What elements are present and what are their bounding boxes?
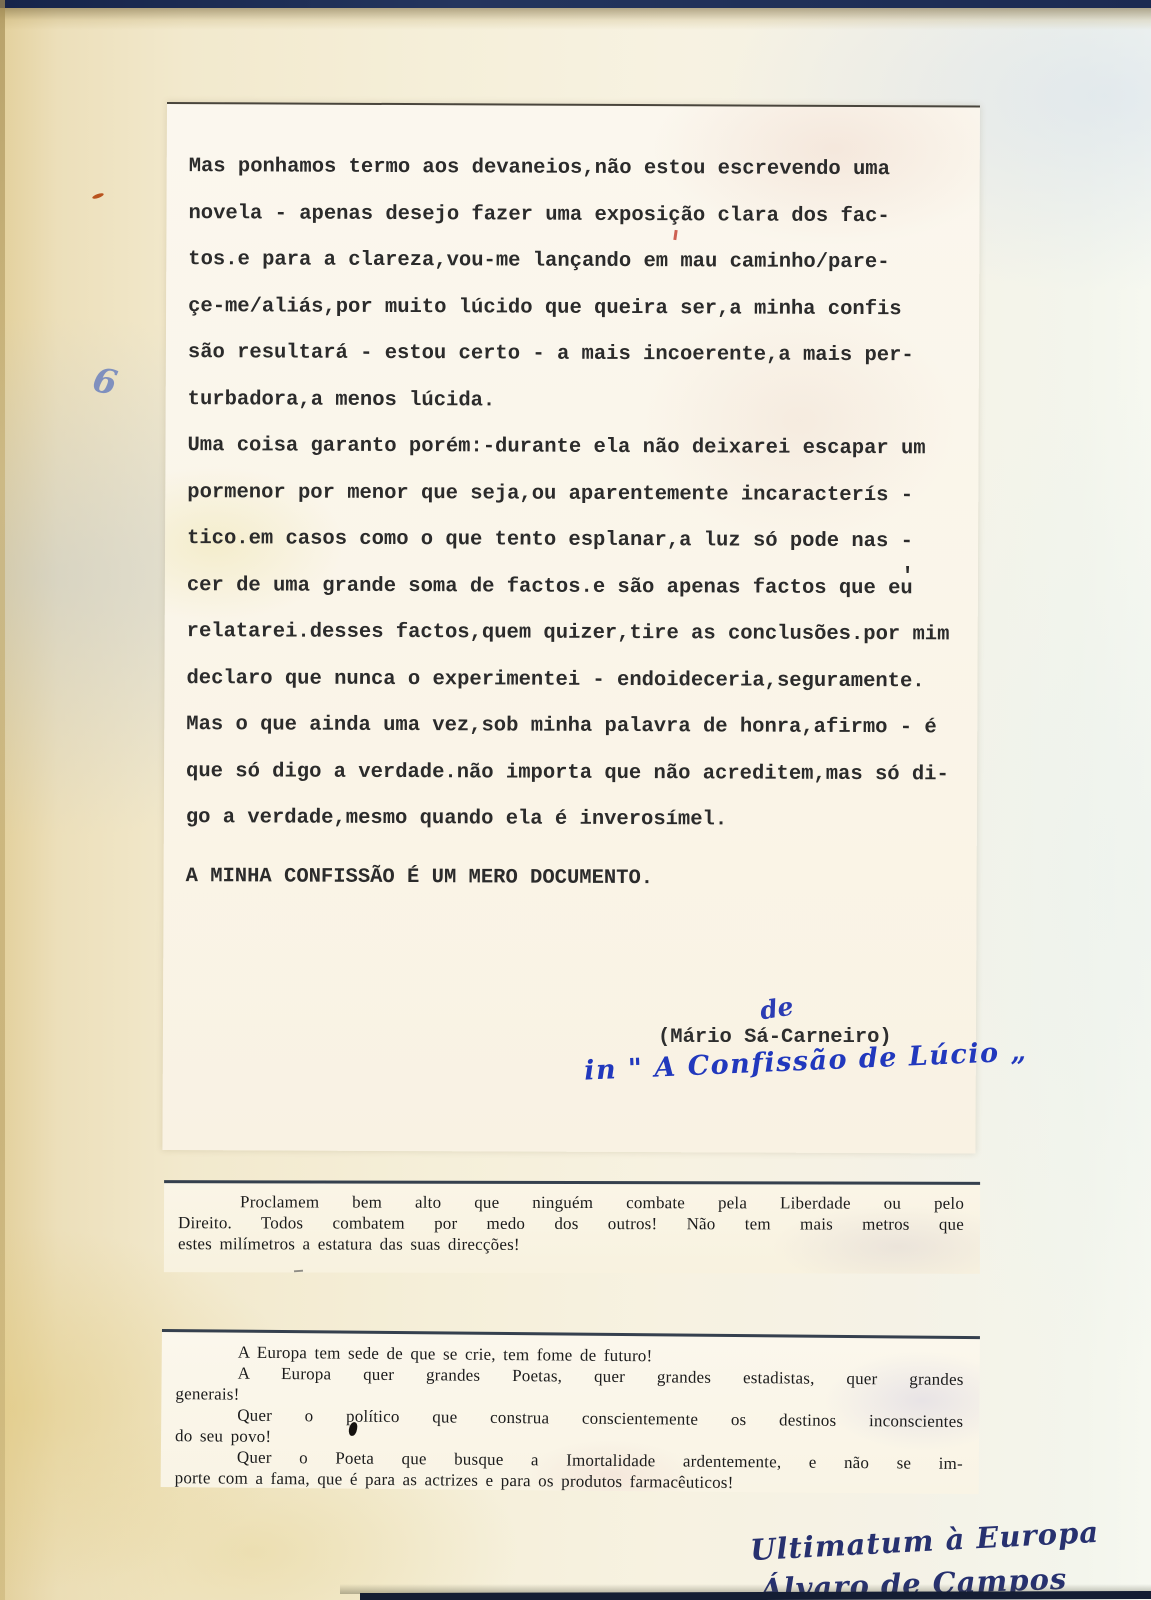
- typed-line: relatarei.desses factos,quem quizer,tire…: [187, 609, 958, 659]
- print-line: Proclamem bem alto que ninguém combate p…: [178, 1191, 964, 1214]
- clipping-proclamation: Proclamem bem alto que ninguém combate p…: [164, 1180, 980, 1274]
- paper-fleck: [92, 192, 105, 200]
- typed-line: que só digo a verdade.não importa que nã…: [186, 749, 957, 799]
- typed-line: turbadora,a menos lúcida.: [188, 377, 959, 427]
- handwritten-title: Ultimatum à Europa: [749, 1515, 1100, 1567]
- handwritten-margin-mark: 6: [89, 360, 120, 404]
- typed-line: Uma coisa garanto porém:-durante ela não…: [187, 423, 958, 473]
- print-line: Direito. Todos combatem por medo dos out…: [178, 1212, 964, 1235]
- scan-left-edge: [0, 0, 5, 1600]
- scan-top-edge: [0, 0, 1151, 8]
- typed-line: Mas o que ainda uma vez,sob minha palavr…: [186, 702, 957, 752]
- typed-line: cer de uma grande soma de factos.e são a…: [187, 563, 958, 613]
- typed-sheet: Mas ponhamos termo aos devaneios,não est…: [162, 102, 980, 1154]
- clipping-europa: A Europa tem sede de que se crie, tem fo…: [161, 1329, 980, 1494]
- typed-line: tico.em casos como o que tento esplanar,…: [187, 516, 958, 566]
- handwritten-de-insert: de: [758, 992, 796, 1026]
- typed-line: tos.e para a clareza,vou-me lançando em …: [188, 237, 959, 287]
- typed-line: çe-me/aliás,por muito lúcido que queira …: [188, 284, 959, 334]
- typed-line: go a verdade,mesmo quando ela é inverosí…: [186, 795, 957, 845]
- typed-line: novela - apenas desejo fazer uma exposiç…: [188, 191, 959, 241]
- typed-stray-apostrophe: ': [901, 564, 914, 589]
- scan-bottom-edge: [360, 1591, 1151, 1600]
- typed-paragraphs: Mas ponhamos termo aos devaneios,não est…: [164, 104, 980, 845]
- typed-line: Mas ponhamos termo aos devaneios,não est…: [189, 144, 960, 194]
- print-line: estes milímetros a estatura das suas dir…: [178, 1233, 964, 1256]
- typed-caps-line: A MINHA CONFISSÃO É UM MERO DOCUMENTO.: [164, 853, 977, 903]
- typed-line: pormenor por menor que seja,ou aparentem…: [187, 470, 958, 520]
- typed-line: são resultará - estou certo - a mais inc…: [188, 330, 959, 380]
- typed-line: declaro que nunca o experimentei - endoi…: [186, 656, 957, 706]
- album-page-scan: Mas ponhamos termo aos devaneios,não est…: [0, 0, 1151, 1600]
- scan-top-shadow: [0, 8, 1151, 30]
